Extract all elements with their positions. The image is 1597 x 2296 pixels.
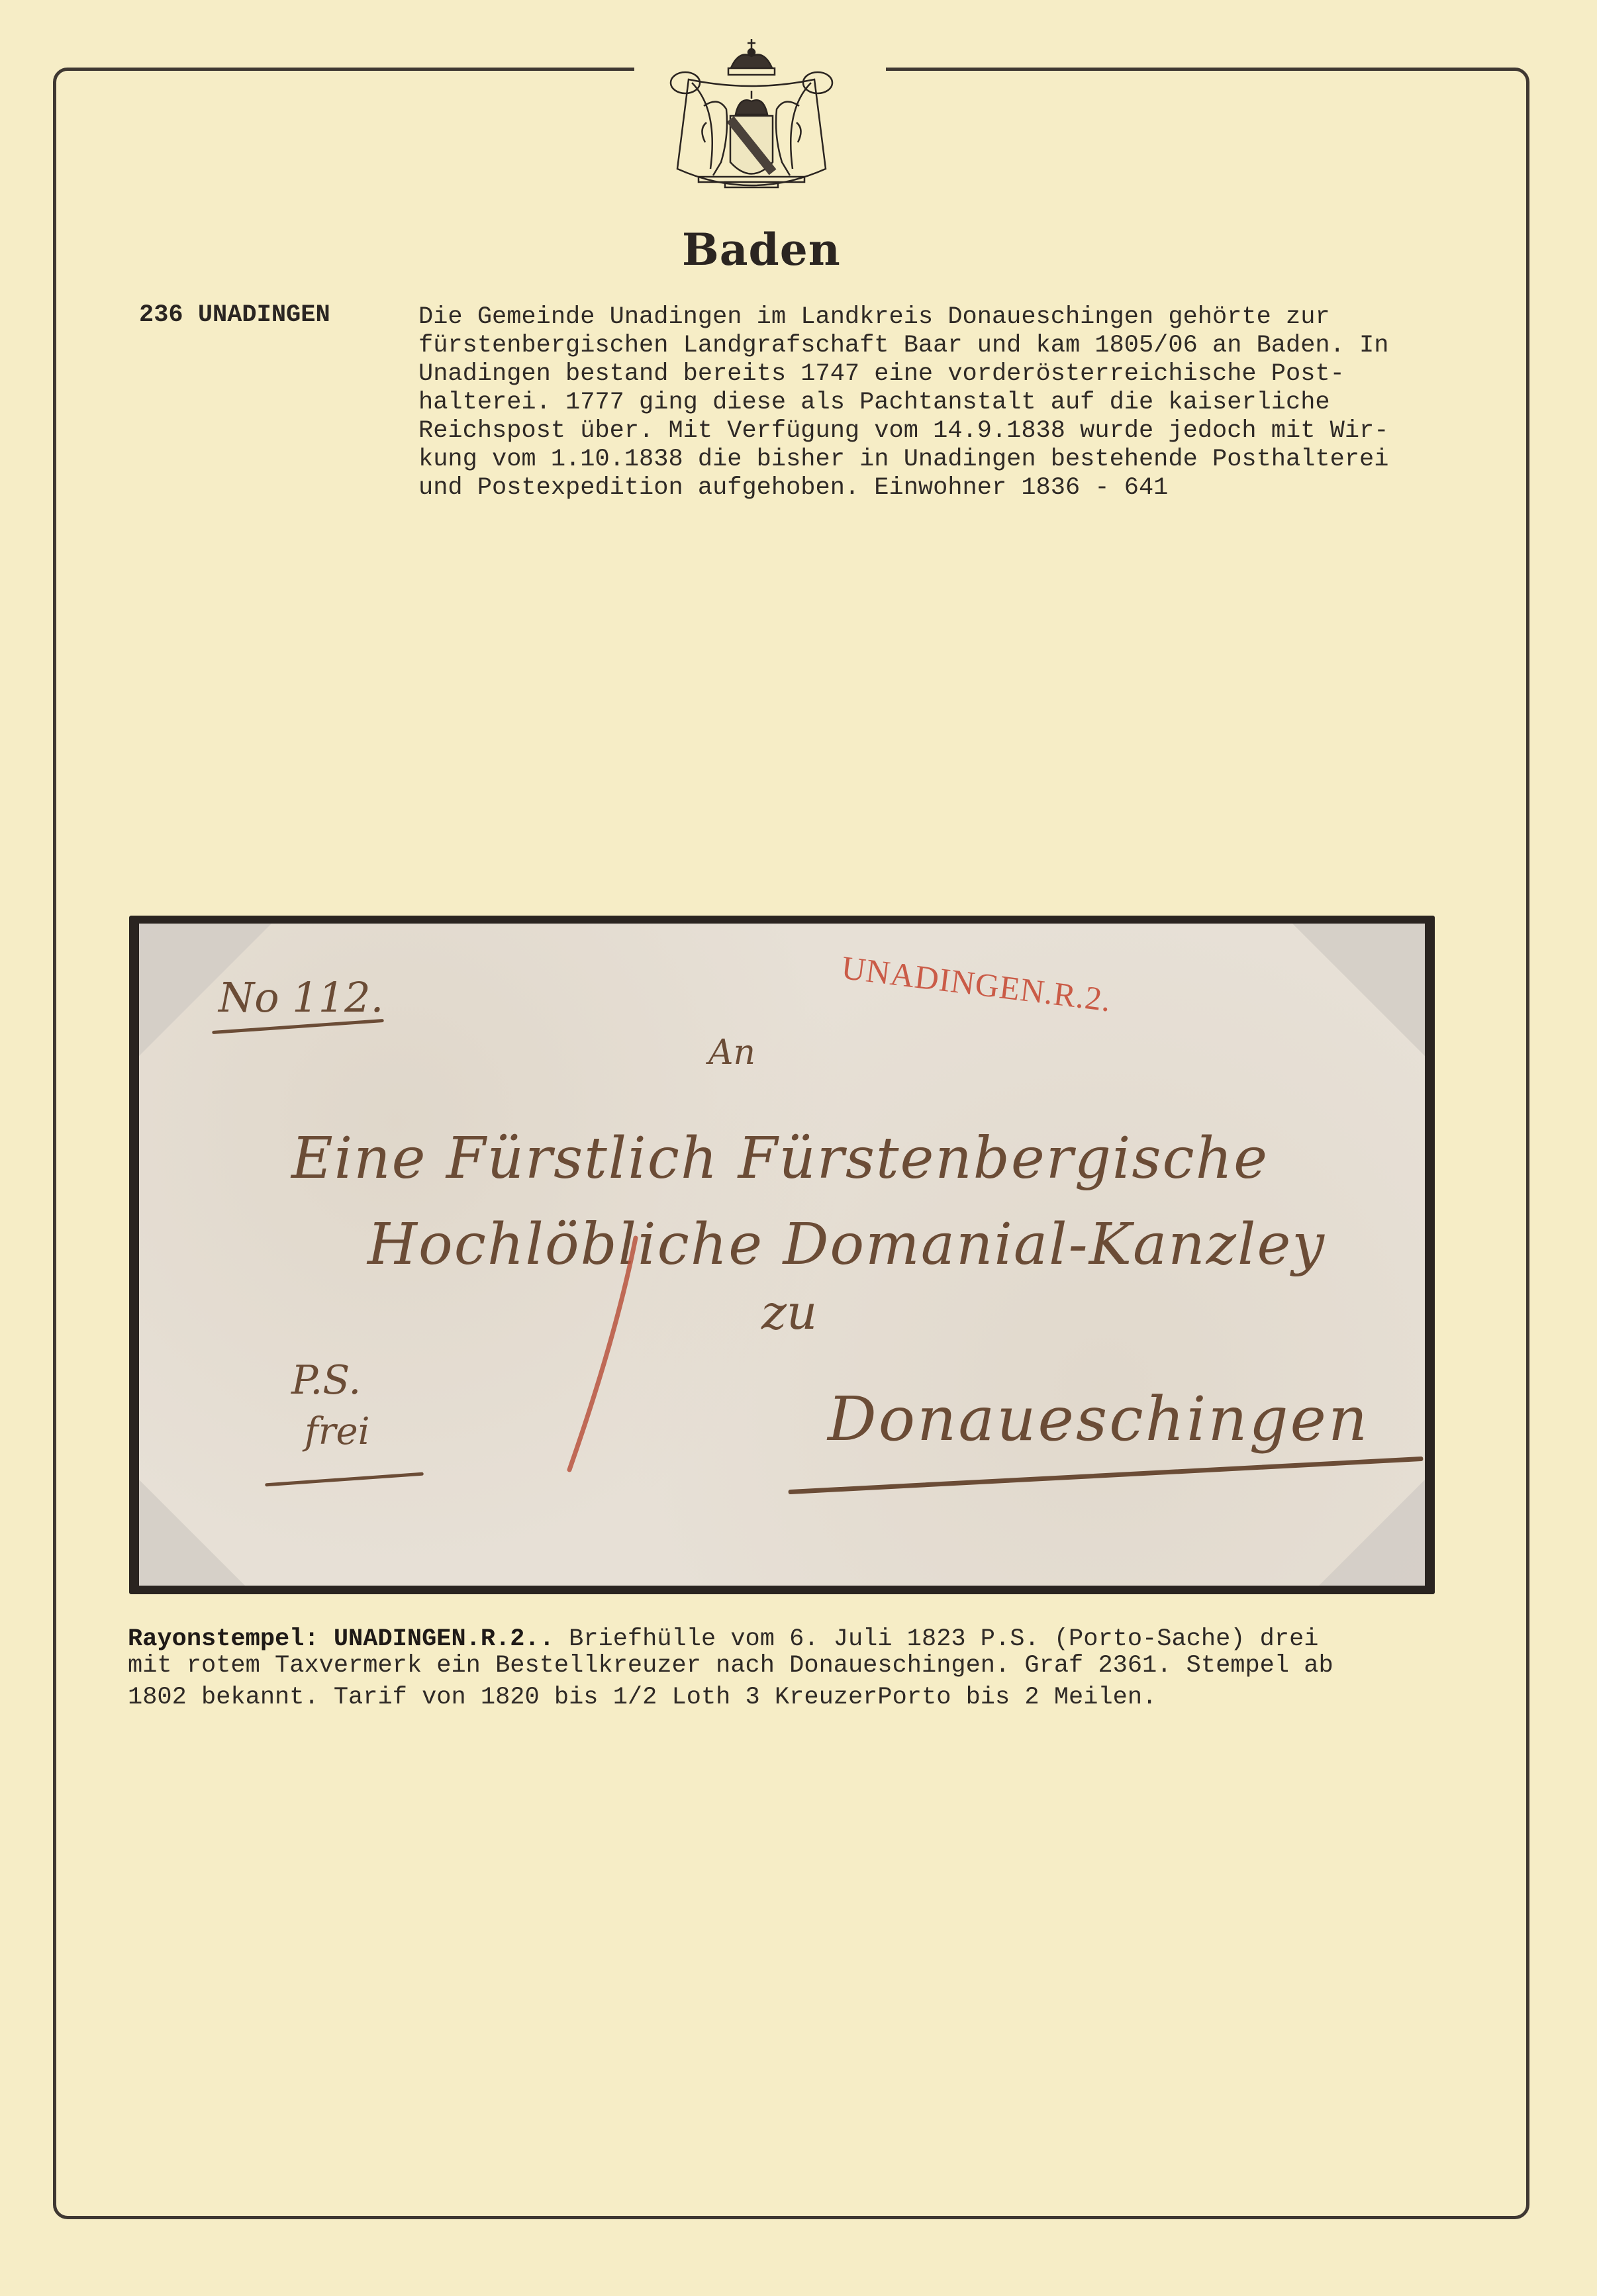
address-line-1: Eine Fürstlich Fürstenbergische [291,1125,1269,1192]
mount-corner [139,1480,245,1586]
handwritten-franco: frei [305,1410,370,1453]
address-line-2: Hochlöbliche Domanial-Kanzley [367,1212,1326,1278]
entry-line: fürstenbergischen Landgrafschaft Baar un… [418,332,1531,360]
region-title: Baden [682,224,828,275]
entry-line: und Postexpedition aufgehoben. Einwohner… [418,474,1531,502]
entry-line: Reichspost über. Mit Verfügung vom 14.9.… [418,417,1531,446]
entry-line: kung vom 1.10.1838 die bisher in Unading… [418,446,1531,474]
handwritten-number: No 112. [218,973,383,1022]
caption-text: Briefhülle vom 6. Juli 1823 P.S. (Porto-… [554,1625,1319,1653]
cover-caption: Rayonstempel: UNADINGEN.R.2.. Briefhülle… [128,1623,1551,1713]
handwritten-an: An [708,1033,755,1073]
caption-line: mit rotem Taxvermerk ein Bestellkreuzer … [128,1650,1551,1682]
caption-label: Rayonstempel: UNADINGEN.R.2.. [128,1625,554,1653]
entry-heading: 236 UNADINGEN [139,301,330,329]
baden-coat-of-arms-icon [652,30,851,202]
address-destination: Donaueschingen [828,1384,1369,1455]
handwritten-zu: zu [761,1284,817,1340]
entry-description: Die Gemeinde Unadingen im Landkreis Dona… [418,303,1531,502]
entry-line: halterei. 1777 ging diese als Pachtansta… [418,389,1531,417]
entry-line: Die Gemeinde Unadingen im Landkreis Dona… [418,303,1531,332]
mount-corner [1292,924,1425,1056]
red-tax-mark [556,1231,649,1483]
mount-corner [1319,1480,1425,1586]
entry-line: Unadingen bestand bereits 1747 eine vord… [418,360,1531,389]
caption-line: 1802 bekannt. Tarif von 1820 bis 1/2 Lot… [128,1682,1551,1713]
handwritten-ps: P.S. [291,1357,361,1404]
